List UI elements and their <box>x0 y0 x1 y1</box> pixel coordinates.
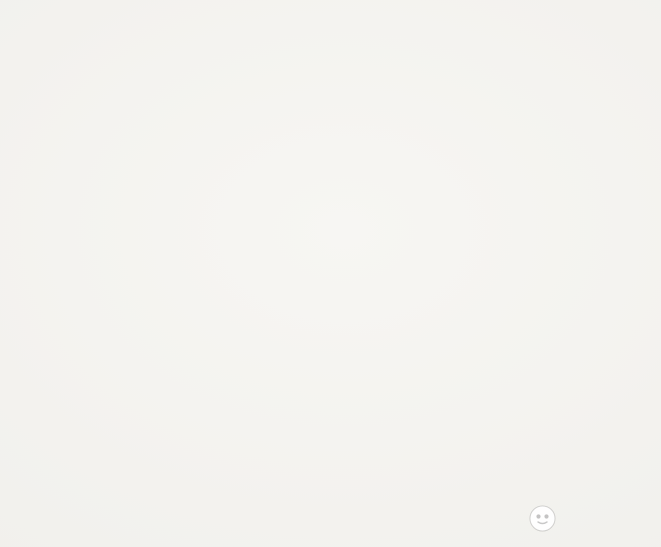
manuscript-photo <box>0 0 661 547</box>
watermark-cchere <box>0 0 131 22</box>
account-logo-icon <box>529 505 556 532</box>
handwriting-layer <box>0 0 661 547</box>
watermark-account <box>529 505 562 532</box>
